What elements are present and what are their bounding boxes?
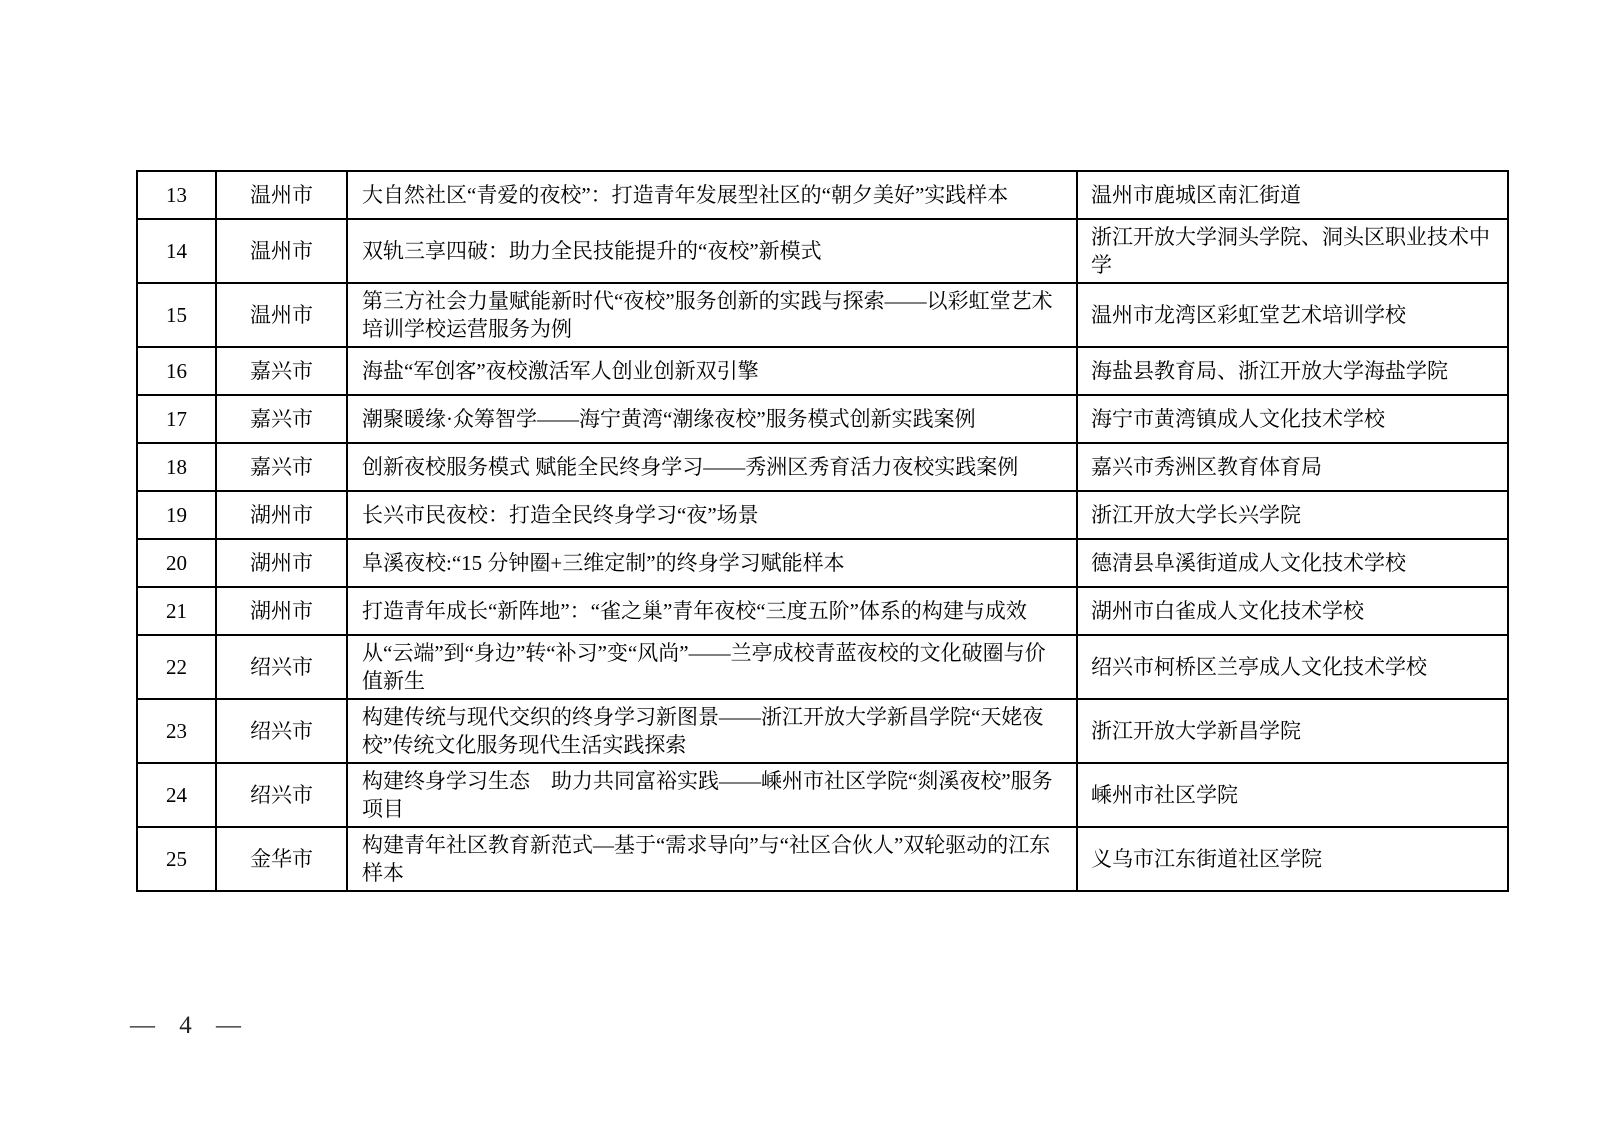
row-index: 14	[166, 239, 187, 263]
table-row: 16 嘉兴市 海盐“军创客”夜校激活军人创业创新双引擎 海盐县教育局、浙江开放大…	[137, 347, 1508, 395]
table-row: 17 嘉兴市 潮聚暖缘·众筹智学——海宁黄湾“潮缘夜校”服务模式创新实践案例 海…	[137, 395, 1508, 443]
project-title-text: 大自然社区“青爱的夜校”：打造青年发展型社区的“朝夕美好”实践样本	[362, 183, 1008, 207]
project-title-text: 创新夜校服务模式 赋能全民终身学习——秀洲区秀育活力夜校实践案例	[362, 455, 1018, 479]
organization-text: 浙江开放大学新昌学院	[1091, 719, 1301, 743]
organization-cell: 嵊州市社区学院	[1077, 763, 1508, 827]
page-number: — 4 —	[130, 1012, 250, 1040]
table-row: 23 绍兴市 构建传统与现代交织的终身学习新图景——浙江开放大学新昌学院“天姥夜…	[137, 699, 1508, 763]
project-title-cell: 打造青年成长“新阵地”：“雀之巢”青年夜校“三度五阶”体系的构建与成效	[347, 587, 1077, 635]
city-label: 湖州市	[250, 503, 313, 527]
project-title-cell: 第三方社会力量赋能新时代“夜校”服务创新的实践与探索——以彩虹堂艺术培训学校运营…	[347, 283, 1077, 347]
row-index-cell: 15	[137, 283, 216, 347]
table-row: 25 金华市 构建青年社区教育新范式—基于“需求导向”与“社区合伙人”双轮驱动的…	[137, 827, 1508, 891]
city-label: 温州市	[250, 239, 313, 263]
row-index-cell: 14	[137, 219, 216, 283]
table-row: 21 湖州市 打造青年成长“新阵地”：“雀之巢”青年夜校“三度五阶”体系的构建与…	[137, 587, 1508, 635]
organization-cell: 温州市龙湾区彩虹堂艺术培训学校	[1077, 283, 1508, 347]
organization-cell: 嘉兴市秀洲区教育体育局	[1077, 443, 1508, 491]
organization-text: 嵊州市社区学院	[1091, 783, 1238, 807]
city-cell: 温州市	[216, 219, 347, 283]
row-index: 18	[166, 455, 187, 479]
city-label: 湖州市	[250, 551, 313, 575]
project-title-cell: 大自然社区“青爱的夜校”：打造青年发展型社区的“朝夕美好”实践样本	[347, 171, 1077, 219]
city-cell: 绍兴市	[216, 635, 347, 699]
project-title-cell: 双轨三享四破：助力全民技能提升的“夜校”新模式	[347, 219, 1077, 283]
city-label: 温州市	[250, 183, 313, 207]
city-cell: 绍兴市	[216, 763, 347, 827]
row-index: 22	[166, 655, 187, 679]
city-cell: 嘉兴市	[216, 395, 347, 443]
row-index-cell: 21	[137, 587, 216, 635]
project-title-cell: 阜溪夜校:“15 分钟圈+三维定制”的终身学习赋能样本	[347, 539, 1077, 587]
organization-cell: 绍兴市柯桥区兰亭成人文化技术学校	[1077, 635, 1508, 699]
row-index: 15	[166, 303, 187, 327]
project-title-text: 第三方社会力量赋能新时代“夜校”服务创新的实践与探索——以彩虹堂艺术培训学校运营…	[362, 289, 1053, 341]
award-list-table: 13 温州市 大自然社区“青爱的夜校”：打造青年发展型社区的“朝夕美好”实践样本…	[136, 170, 1509, 892]
city-cell: 嘉兴市	[216, 347, 347, 395]
organization-text: 海宁市黄湾镇成人文化技术学校	[1091, 407, 1385, 431]
row-index: 16	[166, 359, 187, 383]
organization-cell: 浙江开放大学洞头学院、洞头区职业技术中学	[1077, 219, 1508, 283]
row-index-cell: 23	[137, 699, 216, 763]
award-list-table-body: 13 温州市 大自然社区“青爱的夜校”：打造青年发展型社区的“朝夕美好”实践样本…	[137, 171, 1508, 891]
row-index: 24	[166, 783, 187, 807]
city-label: 绍兴市	[250, 655, 313, 679]
organization-text: 义乌市江东街道社区学院	[1091, 847, 1322, 871]
table-row: 14 温州市 双轨三享四破：助力全民技能提升的“夜校”新模式 浙江开放大学洞头学…	[137, 219, 1508, 283]
city-label: 金华市	[250, 847, 313, 871]
project-title-cell: 长兴市民夜校：打造全民终身学习“夜”场景	[347, 491, 1077, 539]
city-cell: 湖州市	[216, 587, 347, 635]
row-index: 21	[166, 599, 187, 623]
project-title-cell: 从“云端”到“身边”转“补习”变“风尚”——兰亭成校青蓝夜校的文化破圈与价值新生	[347, 635, 1077, 699]
organization-cell: 海宁市黄湾镇成人文化技术学校	[1077, 395, 1508, 443]
project-title-text: 构建传统与现代交织的终身学习新图景——浙江开放大学新昌学院“天姥夜校”传统文化服…	[362, 705, 1043, 757]
row-index-cell: 24	[137, 763, 216, 827]
project-title-cell: 创新夜校服务模式 赋能全民终身学习——秀洲区秀育活力夜校实践案例	[347, 443, 1077, 491]
organization-cell: 义乌市江东街道社区学院	[1077, 827, 1508, 891]
project-title-text: 构建终身学习生态 助力共同富裕实践——嵊州市社区学院“剡溪夜校”服务项目	[362, 769, 1053, 821]
project-title-text: 海盐“军创客”夜校激活军人创业创新双引擎	[362, 359, 759, 383]
city-cell: 嘉兴市	[216, 443, 347, 491]
project-title-text: 长兴市民夜校：打造全民终身学习“夜”场景	[362, 503, 759, 527]
row-index: 19	[166, 503, 187, 527]
project-title-cell: 构建终身学习生态 助力共同富裕实践——嵊州市社区学院“剡溪夜校”服务项目	[347, 763, 1077, 827]
table-row: 24 绍兴市 构建终身学习生态 助力共同富裕实践——嵊州市社区学院“剡溪夜校”服…	[137, 763, 1508, 827]
organization-text: 绍兴市柯桥区兰亭成人文化技术学校	[1091, 655, 1427, 679]
city-label: 嘉兴市	[250, 407, 313, 431]
project-title-text: 双轨三享四破：助力全民技能提升的“夜校”新模式	[362, 239, 822, 263]
city-cell: 湖州市	[216, 491, 347, 539]
project-title-cell: 潮聚暖缘·众筹智学——海宁黄湾“潮缘夜校”服务模式创新实践案例	[347, 395, 1077, 443]
row-index-cell: 20	[137, 539, 216, 587]
organization-text: 浙江开放大学洞头学院、洞头区职业技术中学	[1091, 225, 1490, 277]
row-index-cell: 16	[137, 347, 216, 395]
row-index-cell: 17	[137, 395, 216, 443]
project-title-cell: 构建传统与现代交织的终身学习新图景——浙江开放大学新昌学院“天姥夜校”传统文化服…	[347, 699, 1077, 763]
document-page: 13 温州市 大自然社区“青爱的夜校”：打造青年发展型社区的“朝夕美好”实践样本…	[0, 0, 1600, 1131]
row-index: 13	[166, 183, 187, 207]
row-index: 17	[166, 407, 187, 431]
city-cell: 温州市	[216, 171, 347, 219]
city-cell: 湖州市	[216, 539, 347, 587]
city-label: 绍兴市	[250, 719, 313, 743]
table-row: 18 嘉兴市 创新夜校服务模式 赋能全民终身学习——秀洲区秀育活力夜校实践案例 …	[137, 443, 1508, 491]
city-label: 嘉兴市	[250, 359, 313, 383]
project-title-cell: 海盐“军创客”夜校激活军人创业创新双引擎	[347, 347, 1077, 395]
row-index-cell: 19	[137, 491, 216, 539]
row-index-cell: 18	[137, 443, 216, 491]
city-cell: 金华市	[216, 827, 347, 891]
table-row: 19 湖州市 长兴市民夜校：打造全民终身学习“夜”场景 浙江开放大学长兴学院	[137, 491, 1508, 539]
organization-text: 浙江开放大学长兴学院	[1091, 503, 1301, 527]
row-index: 20	[166, 551, 187, 575]
project-title-text: 打造青年成长“新阵地”：“雀之巢”青年夜校“三度五阶”体系的构建与成效	[362, 599, 1027, 623]
row-index-cell: 13	[137, 171, 216, 219]
organization-cell: 浙江开放大学长兴学院	[1077, 491, 1508, 539]
city-cell: 温州市	[216, 283, 347, 347]
project-title-text: 阜溪夜校:“15 分钟圈+三维定制”的终身学习赋能样本	[362, 551, 845, 575]
row-index: 25	[166, 847, 187, 871]
organization-text: 湖州市白雀成人文化技术学校	[1091, 599, 1364, 623]
organization-cell: 海盐县教育局、浙江开放大学海盐学院	[1077, 347, 1508, 395]
row-index-cell: 22	[137, 635, 216, 699]
organization-text: 德清县阜溪街道成人文化技术学校	[1091, 551, 1406, 575]
city-label: 嘉兴市	[250, 455, 313, 479]
city-label: 湖州市	[250, 599, 313, 623]
organization-text: 温州市龙湾区彩虹堂艺术培训学校	[1091, 303, 1406, 327]
organization-cell: 温州市鹿城区南汇街道	[1077, 171, 1508, 219]
city-label: 温州市	[250, 303, 313, 327]
project-title-text: 潮聚暖缘·众筹智学——海宁黄湾“潮缘夜校”服务模式创新实践案例	[362, 407, 976, 431]
table-row: 13 温州市 大自然社区“青爱的夜校”：打造青年发展型社区的“朝夕美好”实践样本…	[137, 171, 1508, 219]
organization-cell: 浙江开放大学新昌学院	[1077, 699, 1508, 763]
table-row: 22 绍兴市 从“云端”到“身边”转“补习”变“风尚”——兰亭成校青蓝夜校的文化…	[137, 635, 1508, 699]
project-title-text: 构建青年社区教育新范式—基于“需求导向”与“社区合伙人”双轮驱动的江东样本	[362, 833, 1050, 885]
project-title-cell: 构建青年社区教育新范式—基于“需求导向”与“社区合伙人”双轮驱动的江东样本	[347, 827, 1077, 891]
row-index: 23	[166, 719, 187, 743]
organization-text: 温州市鹿城区南汇街道	[1091, 183, 1301, 207]
organization-text: 嘉兴市秀洲区教育体育局	[1091, 455, 1322, 479]
organization-cell: 湖州市白雀成人文化技术学校	[1077, 587, 1508, 635]
city-cell: 绍兴市	[216, 699, 347, 763]
project-title-text: 从“云端”到“身边”转“补习”变“风尚”——兰亭成校青蓝夜校的文化破圈与价值新生	[362, 641, 1046, 693]
row-index-cell: 25	[137, 827, 216, 891]
organization-text: 海盐县教育局、浙江开放大学海盐学院	[1091, 359, 1448, 383]
city-label: 绍兴市	[250, 783, 313, 807]
table-row: 20 湖州市 阜溪夜校:“15 分钟圈+三维定制”的终身学习赋能样本 德清县阜溪…	[137, 539, 1508, 587]
organization-cell: 德清县阜溪街道成人文化技术学校	[1077, 539, 1508, 587]
table-row: 15 温州市 第三方社会力量赋能新时代“夜校”服务创新的实践与探索——以彩虹堂艺…	[137, 283, 1508, 347]
